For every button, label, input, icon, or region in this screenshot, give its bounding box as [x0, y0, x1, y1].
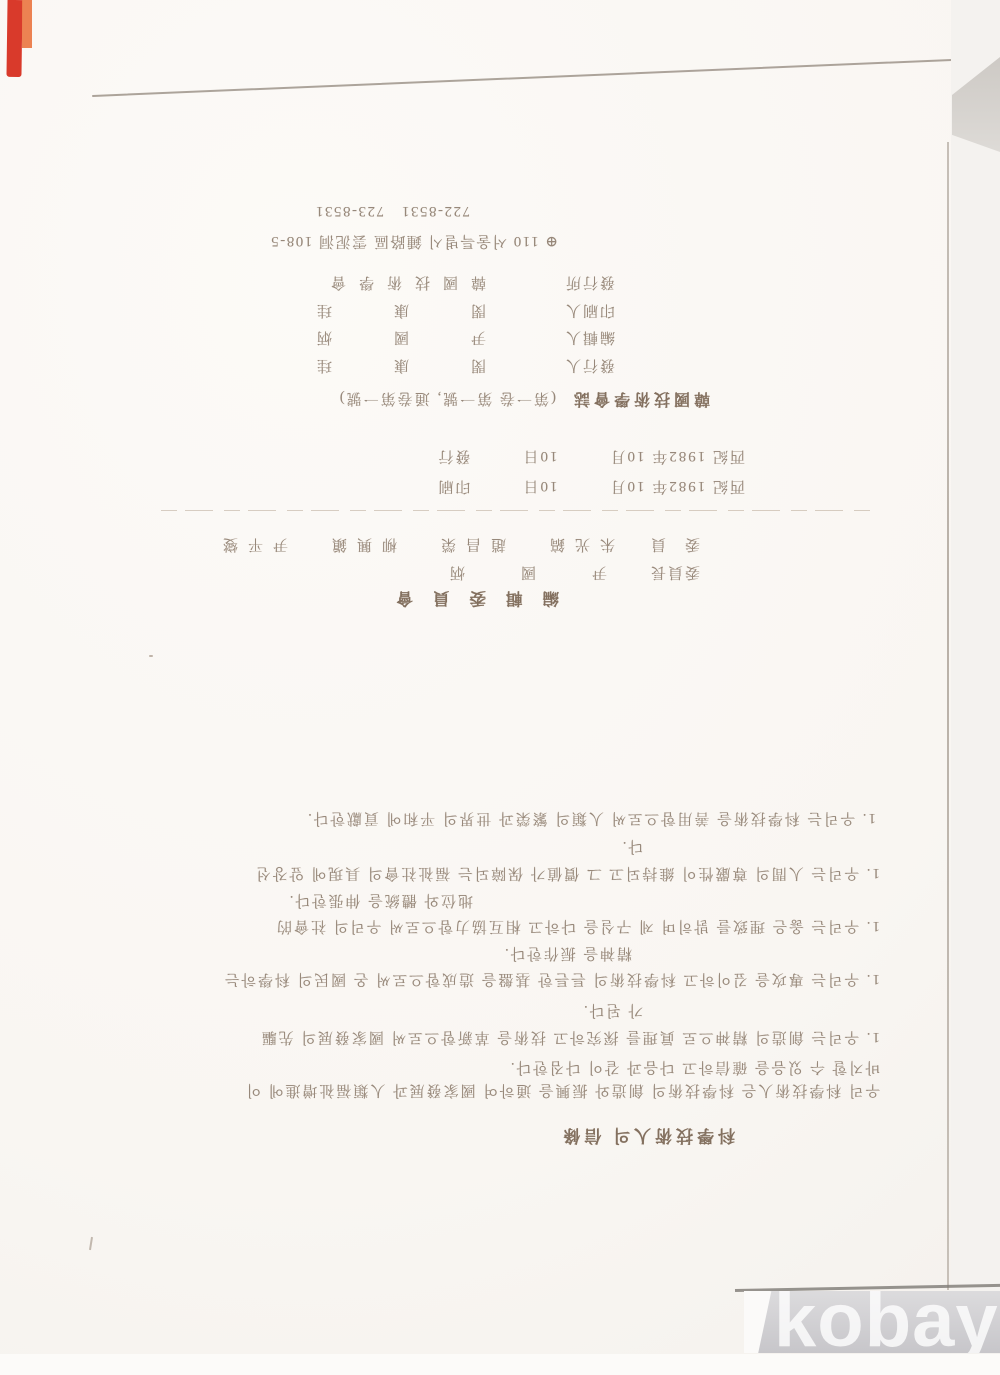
chair-name: 尹國炳 [394, 564, 607, 580]
journal-issue: (第一卷 第一號, 通卷第一號) [338, 390, 556, 406]
creed-line: 1. 우리는 專攻을 깊이하고 科學技術의 튼튼한 基盤을 造成함으로써 온 國… [223, 970, 880, 991]
creed-line: 바지할 수 있음을 確信하고 다음과 같이 다짐한다. [509, 1058, 880, 1079]
editorial-members-row: 委 員朱光鎬趙昌榮柳興鎭尹平燮 [179, 535, 700, 556]
journal-title-line: 韓國技術學會誌(第一卷 第一號, 通卷第一號) [338, 389, 710, 412]
colophon-row-publishing-office: 發行所韓國技術學會 [255, 268, 615, 296]
editorial-committee-header: 編輯委員會 [377, 588, 560, 612]
orange-edge-strip [22, 0, 32, 48]
member-name: 柳興鎭 [322, 535, 397, 556]
colophon-row-editor: 編輯人尹國炳 [255, 323, 615, 351]
chair-label: 委員長 [649, 564, 700, 580]
scan-speck [149, 655, 153, 657]
colophon-row-printer: 印刷人閔康珪 [255, 296, 615, 324]
colophon-dates: 西紀 1982年 10月 10日 印刷 西紀 1982年 10月 10日 發行 [436, 441, 745, 501]
creed-line: 우리 科學技術人은 科學技術의 創造와 振興을 通하여 國家發展과 人類福祉增進… [245, 1081, 880, 1102]
scanner-right-margin [951, 0, 1000, 1375]
creed-title: 科學技術人의 信條 [559, 1125, 735, 1150]
creed-line: 가 된다. [582, 1001, 643, 1022]
rotated-page-content: 科學技術人의 信條 우리 科學技術人은 科學技術의 創造와 振興을 通하여 國家… [0, 0, 1000, 1375]
members-label: 委 員 [615, 535, 700, 556]
publisher-phones: 722-8531 723-8531 [315, 202, 471, 223]
publisher-address: ⊕ 110 서울특별시 鍾路區 雲泥洞 108-5 [270, 232, 558, 253]
member-name: 趙昌榮 [431, 535, 506, 556]
editorial-chair-row: 委員長尹國炳 [394, 563, 700, 584]
kobay-watermark: kobay [774, 1291, 999, 1353]
colophon-rows: 發行人閔康珪 編輯人尹國炳 印刷人閔康珪 發行所韓國技術學會 [255, 268, 615, 378]
creed-line: 다. [621, 837, 643, 858]
page-right-edge-line [947, 142, 949, 1290]
creed-line: 地位와 體統을 伸張한다. [288, 891, 473, 912]
scanned-page: 科學技術人의 信條 우리 科學技術人은 科學技術의 創造와 振興을 通하여 國家… [0, 0, 1000, 1375]
published-date-line: 西紀 1982年 10月 10日 發行 [436, 441, 745, 471]
printed-date-line: 西紀 1982年 10月 10日 印刷 [436, 471, 745, 501]
creed-line: 精神을 振作한다. [503, 944, 632, 965]
creed-line: 1. 우리는 科學技術을 善用함으로써 人類의 繁榮과 世界의 平和에 貢獻한다… [306, 809, 876, 830]
colophon-row-publisher-person: 發行人閔康珪 [255, 351, 615, 379]
member-name: 尹平燮 [213, 535, 288, 556]
red-edge-strip [6, 0, 22, 77]
creed-line: 1. 우리는 人間의 尊嚴性이 維持되고 그 價値가 保障되는 福祉社會의 具現… [254, 864, 880, 885]
scanner-bottom-margin [0, 1354, 1000, 1375]
dashed-divider [155, 510, 870, 511]
bottom-right-gray-band: kobay [744, 1291, 1000, 1353]
member-name: 朱光鎬 [540, 535, 615, 556]
creed-line: 1. 우리는 創造의 精神으로 眞理를 探究하고 技術을 革新함으로써 國家發展… [260, 1028, 880, 1049]
creed-line: 1. 우리는 옳은 理致를 밝히며 제 구실을 다하고 相互協力함으로써 우리의… [275, 917, 880, 938]
journal-title: 韓國技術學會誌 [570, 390, 710, 407]
